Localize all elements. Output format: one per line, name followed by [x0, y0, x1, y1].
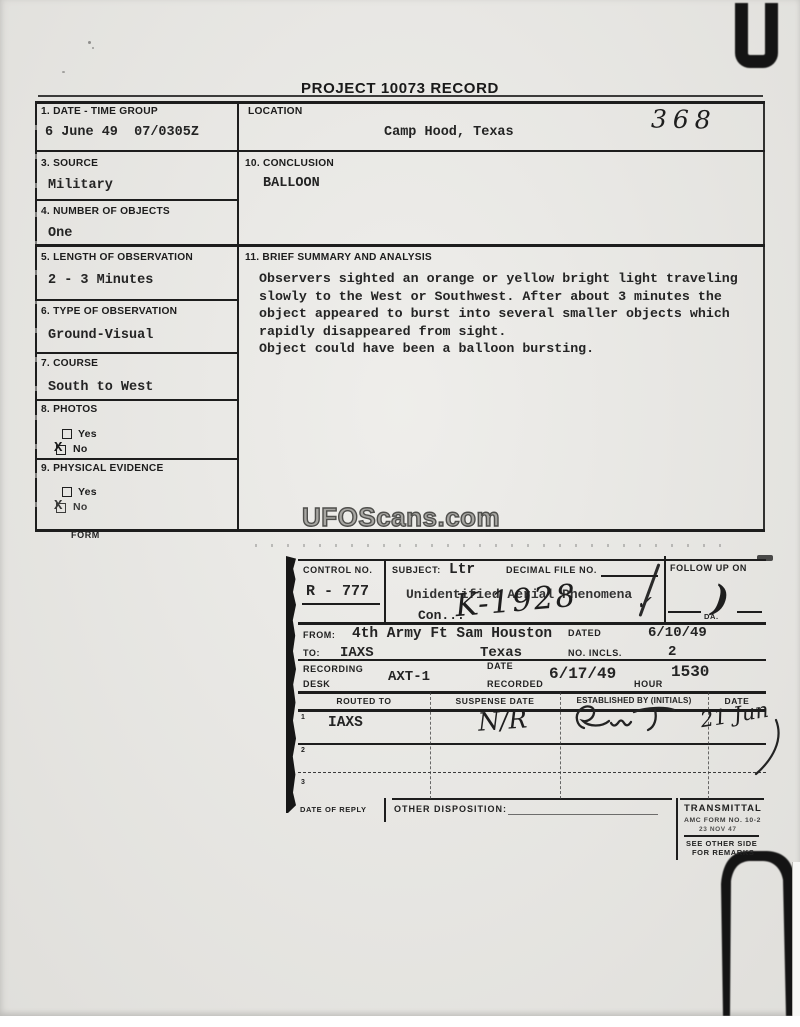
follow-up-blank-line	[668, 611, 701, 613]
from-value-line2: Texas	[480, 645, 522, 661]
hour-value: 1530	[671, 663, 709, 681]
to-label: TO:	[303, 648, 320, 658]
cut-off-text-remnant	[255, 544, 725, 547]
physical-evidence-no-label: No	[73, 501, 88, 513]
field-label-physical-evidence: 9. PHYSICAL EVIDENCE	[41, 463, 164, 474]
decimal-file-no-label: DECIMAL FILE NO.	[506, 565, 597, 575]
field-value-length-of-observation: 2 - 3 Minutes	[48, 273, 153, 288]
desk-label: DESK	[303, 679, 330, 689]
photos-no-label: No	[73, 443, 88, 455]
physical-evidence-yes-label: Yes	[78, 486, 97, 498]
form-row-line	[35, 150, 765, 152]
field-value-course: South to West	[48, 380, 153, 395]
no-incls-value: 2	[668, 644, 676, 660]
photos-yes-checkbox	[62, 429, 72, 439]
field-label-type-of-observation: 6. TYPE OF OBSERVATION	[41, 306, 177, 317]
field-label-conclusion: 10. CONCLUSION	[245, 158, 334, 169]
slip-border	[298, 709, 766, 712]
binder-clip-mark-bottom	[713, 848, 800, 1016]
field-value-type-of-observation: Ground-Visual	[48, 328, 153, 343]
table-header-routed-to: ROUTED TO	[298, 696, 430, 706]
follow-up-blank-line	[737, 611, 762, 613]
photos-yes-option: Yes	[62, 428, 97, 440]
transmittal-date: 23 NOV 47	[699, 826, 737, 833]
table-header-suspense-date: SUSPENSE DATE	[430, 696, 560, 706]
from-value: 4th Army Ft Sam Houston	[352, 626, 552, 642]
form-column-divider	[237, 101, 239, 531]
x-mark-icon: X	[54, 498, 58, 514]
form-row-line	[35, 352, 237, 354]
physical-evidence-yes-checkbox	[62, 487, 72, 497]
handwritten-signature	[568, 700, 690, 744]
field-value-source: Military	[48, 178, 113, 193]
physical-evidence-no-option: X No	[56, 501, 88, 513]
page-edge	[792, 862, 800, 1016]
torn-edge-mark	[286, 556, 296, 813]
to-value: IAXS	[340, 645, 374, 661]
recorded-label: RECORDED	[487, 679, 543, 689]
date-of-reply-label: DATE OF REPLY	[300, 805, 367, 814]
date-recorded-value: 6/17/49	[549, 665, 616, 683]
row-number: 3	[301, 779, 306, 786]
form-row-line	[35, 399, 237, 401]
field-label-number-of-objects: 4. NUMBER OF OBJECTS	[41, 206, 170, 217]
row-number: 1	[301, 714, 306, 721]
recording-desk-value: AXT-1	[388, 669, 430, 685]
field-value-conclusion: BALLOON	[263, 176, 320, 191]
slip-divider	[384, 798, 386, 822]
slip-border	[298, 559, 766, 561]
field-label-location: LOCATION	[248, 106, 302, 117]
routed-to-value: IAXS	[328, 715, 363, 731]
physical-evidence-no-checkbox-checked: X	[56, 502, 67, 513]
control-no-underline	[302, 603, 380, 605]
slip-row-line	[298, 772, 766, 773]
field-value-location: Camp Hood, Texas	[384, 125, 514, 140]
scan-speck	[62, 71, 65, 73]
field-value-number-of-objects: One	[48, 226, 72, 241]
field-value-brief-summary: Observers sighted an orange or yellow br…	[259, 270, 764, 358]
transmittal-for-remarks: FOR REMARKS	[692, 848, 754, 857]
handwritten-file-note: K-1928	[454, 578, 579, 625]
form-row-line	[35, 199, 237, 201]
handwritten-paren-mark: )	[710, 577, 731, 621]
control-no-value: R - 777	[306, 583, 369, 600]
form-border	[38, 95, 763, 97]
handwritten-flourish	[752, 718, 784, 780]
form-border	[35, 101, 37, 531]
subject-label: SUBJECT:	[392, 565, 441, 575]
transmittal-see-other-side: SEE OTHER SIDE	[686, 839, 757, 848]
field-label-length-of-observation: 5. LENGTH OF OBSERVATION	[41, 252, 193, 263]
follow-up-on-label: FOLLOW UP ON	[670, 563, 747, 573]
other-disposition-line	[508, 814, 658, 815]
field-label-brief-summary: 11. BRIEF SUMMARY AND ANALYSIS	[245, 252, 432, 263]
photos-yes-label: Yes	[78, 428, 97, 440]
form-row-line	[35, 458, 237, 460]
field-label-photos: 8. PHOTOS	[41, 404, 97, 415]
photos-no-option: X No	[56, 443, 88, 455]
slip-border	[392, 798, 672, 800]
handwritten-suspense-date: N/R	[477, 704, 528, 736]
decimal-file-no-blank-line	[601, 575, 658, 577]
from-label: FROM:	[303, 630, 336, 640]
binder-clip-mark-top	[735, 3, 778, 68]
field-value-date-time-group: 6 June 49 07/0305Z	[45, 125, 199, 140]
hour-label: HOUR	[634, 679, 663, 689]
field-label-course: 7. COURSE	[41, 358, 98, 369]
form-row-line	[35, 244, 765, 247]
dated-value: 6/10/49	[648, 625, 707, 641]
scan-speck	[88, 41, 91, 44]
control-no-label: CONTROL NO.	[303, 565, 372, 575]
recording-label: RECORDING	[303, 664, 363, 674]
handwritten-page-number: 368	[651, 104, 717, 134]
form-row-line	[35, 299, 237, 301]
row-number: 2	[301, 747, 306, 754]
slip-border	[680, 798, 764, 800]
other-disposition-label: OTHER DISPOSITION:	[394, 804, 507, 814]
form-footer-label: FORM	[71, 530, 100, 540]
slip-table-divider	[430, 692, 431, 799]
date-label: DATE	[487, 661, 513, 671]
scanned-page: PROJECT 10073 RECORD 1. DATE - TIME GROU…	[0, 0, 800, 1016]
x-mark-icon: X	[54, 440, 58, 456]
dated-label: DATED	[568, 628, 601, 638]
form-border	[35, 101, 765, 104]
transmittal-title: TRANSMITTAL	[684, 803, 762, 814]
scan-speck	[92, 47, 94, 49]
slip-divider	[676, 798, 678, 860]
transmittal-divider	[684, 835, 759, 837]
subject-line1: Ltr	[449, 562, 475, 578]
slip-table-divider	[560, 692, 561, 799]
transmittal-form-no: AMC FORM NO. 10-2	[684, 817, 761, 824]
watermark: UFOScans.com	[302, 502, 500, 533]
slip-divider	[384, 559, 386, 623]
field-label-source: 3. SOURCE	[41, 158, 98, 169]
slip-border	[298, 691, 766, 694]
slip-row-line	[298, 743, 766, 745]
photos-no-checkbox-checked: X	[56, 444, 67, 455]
no-incls-label: NO. INCLS.	[568, 648, 622, 658]
field-label-date-time-group: 1. DATE - TIME GROUP	[41, 106, 158, 117]
physical-evidence-yes-option: Yes	[62, 486, 97, 498]
slip-divider	[664, 556, 666, 623]
